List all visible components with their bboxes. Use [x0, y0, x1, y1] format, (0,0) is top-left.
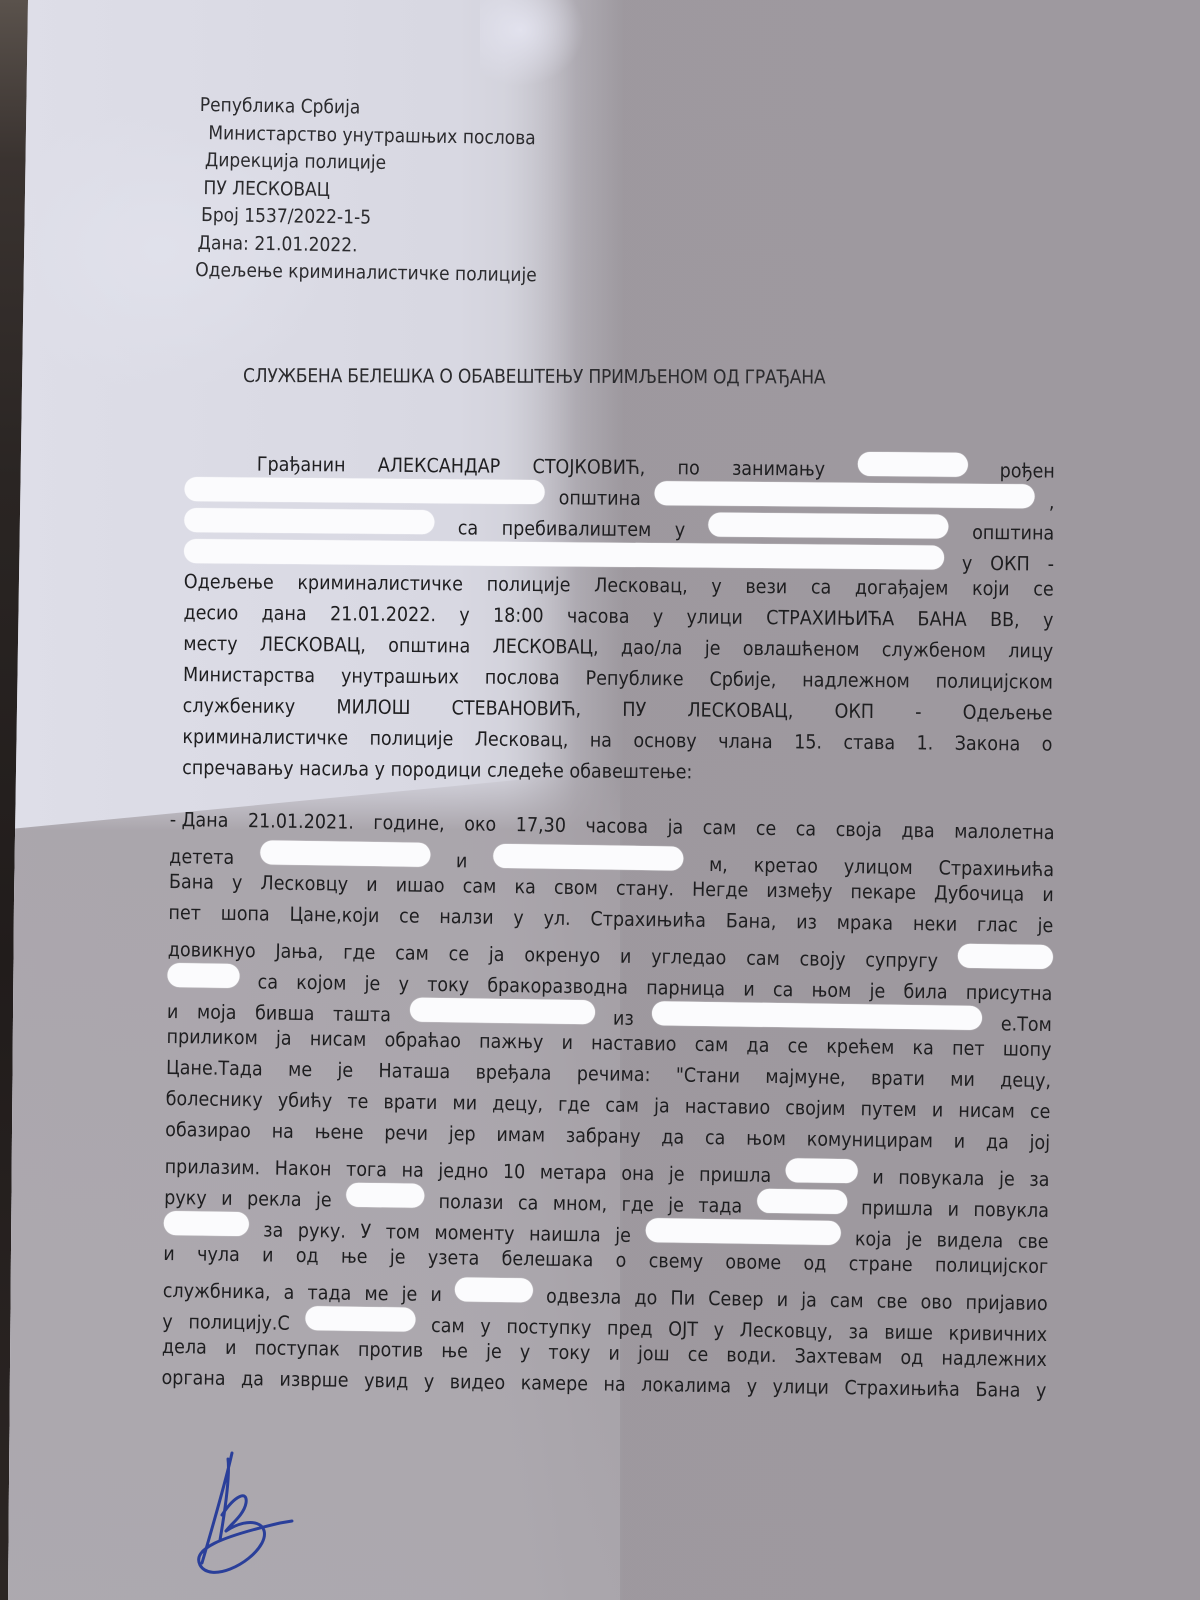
word: у	[398, 972, 409, 995]
word: локалима	[641, 1373, 731, 1397]
word: је	[337, 1059, 353, 1082]
word: да	[746, 1034, 769, 1057]
word: ово	[920, 1290, 952, 1313]
redaction-mark	[409, 998, 594, 1025]
word: децу,	[492, 1092, 543, 1116]
word: ја	[276, 1027, 292, 1050]
word: угледао	[651, 945, 727, 969]
word: надлежном	[802, 668, 910, 692]
word: Одељење	[963, 701, 1053, 725]
word: у	[675, 518, 686, 541]
word: на	[401, 1158, 424, 1181]
word: на	[272, 1120, 295, 1143]
word: Наташа	[378, 1059, 450, 1083]
word: је	[401, 1282, 417, 1305]
word: за	[263, 1218, 283, 1241]
word: -	[915, 700, 922, 723]
redaction-mark	[652, 1001, 982, 1030]
word: овоме	[725, 1250, 781, 1274]
word: у	[1036, 1379, 1047, 1402]
redaction-mark	[493, 844, 683, 871]
word: у	[1043, 608, 1054, 631]
word: Лесковцу	[260, 871, 348, 895]
word: Грађанин	[257, 453, 346, 477]
word: је	[869, 979, 885, 1002]
word: чула	[197, 1242, 240, 1266]
word: У	[360, 1220, 371, 1243]
word: је	[906, 1228, 922, 1251]
word: којом	[296, 971, 347, 995]
word: у	[746, 1375, 757, 1398]
word: да	[661, 1125, 684, 1148]
word: полицијском	[936, 670, 1053, 694]
word: тада	[307, 1281, 351, 1305]
redaction-mark	[757, 1189, 847, 1214]
word: ми	[452, 1091, 477, 1114]
paragraph-statement-intro: ГрађанинАЛЕКСАНДАРСТОЈКОВИЋ,позанимањуро…	[182, 446, 1055, 795]
word: против	[358, 1338, 424, 1362]
word: месту	[183, 632, 237, 655]
redaction-mark	[185, 477, 545, 504]
word: води.	[726, 1343, 777, 1367]
word: са	[773, 978, 794, 1001]
word: "Стани	[676, 1064, 740, 1088]
word: све	[877, 1290, 908, 1313]
redaction-mark	[709, 513, 949, 539]
word: вређала	[475, 1061, 551, 1085]
word: Бана	[169, 870, 214, 894]
word: од	[803, 1251, 826, 1274]
word: која	[855, 1227, 892, 1251]
redaction-mark	[167, 963, 239, 988]
word: бивша	[255, 1001, 315, 1025]
word: криминалистичке	[182, 725, 348, 749]
word: парница	[646, 976, 725, 1000]
word: Дубочица	[934, 881, 1024, 905]
word: два	[901, 819, 935, 842]
word: шопа	[221, 902, 270, 926]
word: органа	[161, 1366, 225, 1390]
word: БАНА	[917, 607, 966, 630]
word: полицијског	[935, 1253, 1049, 1278]
word: пажњу	[479, 1030, 544, 1054]
word: и	[561, 1031, 573, 1054]
word: својим	[785, 1096, 846, 1120]
word: у	[162, 1310, 173, 1333]
word: болеснику	[166, 1087, 263, 1111]
word: њом	[746, 1127, 786, 1151]
document-title: СЛУЖБЕНА БЕЛЕШКА О ОБАВЕШТЕЊУ ПРИМЉЕНОМ …	[243, 365, 825, 389]
word: поступак	[254, 1336, 340, 1360]
word: из	[796, 910, 817, 933]
word: врати	[871, 1066, 925, 1090]
word: своја	[835, 818, 882, 842]
word: Јања,	[275, 940, 323, 964]
word: у	[653, 605, 664, 628]
word: 21.01.2021.	[248, 809, 354, 834]
word: службника,	[163, 1279, 271, 1304]
word: те	[347, 1090, 368, 1113]
word: наставио	[591, 1031, 677, 1055]
word: супругу	[865, 948, 938, 972]
word: повукала	[898, 1166, 985, 1190]
word: кретао	[754, 854, 819, 878]
word: лицу	[1008, 639, 1053, 662]
word: пријавио	[965, 1291, 1047, 1315]
word: полицију.С	[188, 1310, 290, 1334]
word: око	[464, 812, 496, 835]
letterhead-department: Одељење криминалистичке полиције	[195, 257, 537, 290]
word: шопу	[1003, 1037, 1052, 1061]
word: ЛЕСКОВАЦ,	[260, 633, 366, 657]
word: 1.	[916, 731, 933, 754]
word: и	[430, 1283, 442, 1306]
word: ташта	[333, 1002, 391, 1026]
word: руку.	[298, 1219, 346, 1243]
word: послова	[485, 666, 560, 690]
word: ја	[667, 815, 683, 838]
word: свом	[554, 876, 598, 900]
word: вези	[745, 575, 787, 598]
word: је	[668, 1193, 684, 1216]
word: основу	[633, 729, 697, 753]
word: мном,	[553, 1192, 608, 1216]
word: њом	[811, 979, 851, 1003]
word: забрану	[566, 1124, 641, 1148]
word: полиције	[487, 573, 571, 597]
word: пришла	[699, 1163, 771, 1187]
word: убићу	[278, 1089, 333, 1113]
word: пекаре	[850, 880, 916, 904]
word: сам	[703, 816, 737, 839]
word: видео	[450, 1370, 506, 1394]
word: Републике	[585, 667, 683, 691]
word: свему	[649, 1249, 704, 1273]
word: ЛЕСКОВАЦ,	[687, 698, 793, 722]
word: сам	[746, 947, 780, 970]
word: СТОЈКОВИЋ,	[532, 455, 645, 479]
word: ја	[654, 1094, 670, 1117]
word: и	[743, 978, 755, 1001]
word: току	[548, 1341, 590, 1365]
word: ЛЕСКОВАЦ,	[493, 635, 599, 659]
word: крећем	[826, 1035, 894, 1059]
word: са	[705, 1126, 726, 1149]
word: метара	[540, 1161, 607, 1185]
word: и	[262, 1243, 274, 1266]
word: АЛЕКСАНДАР	[378, 454, 501, 478]
word: и	[947, 1198, 959, 1221]
word: - Дана	[170, 808, 229, 832]
word: Север	[708, 1287, 764, 1311]
word: детета	[169, 845, 234, 869]
letterhead: Република Србија Министарство унутрашњих…	[197, 92, 540, 290]
word: до	[634, 1286, 657, 1309]
word: речима:	[577, 1062, 651, 1086]
word: наишла	[529, 1222, 601, 1246]
word: Након	[275, 1157, 332, 1181]
word: са	[257, 970, 278, 993]
word: ми	[950, 1068, 975, 1091]
word: за	[848, 1320, 868, 1343]
word: и	[456, 849, 468, 872]
word: ,	[1049, 491, 1055, 514]
word: комуницирам	[807, 1127, 934, 1152]
word: више	[884, 1321, 933, 1345]
word: Одељење	[184, 570, 274, 594]
word: Негде	[692, 878, 748, 902]
word: увид	[364, 1369, 409, 1393]
word: 17,30	[516, 813, 567, 837]
word: повукла	[973, 1198, 1049, 1222]
word: часова	[567, 604, 630, 628]
word: полиције	[369, 727, 453, 751]
word: налзи	[439, 905, 494, 929]
word: ја	[801, 1288, 817, 1311]
word: неки	[913, 912, 958, 936]
word: мрака	[837, 911, 894, 935]
word: видела	[936, 1228, 1003, 1252]
word: у	[480, 1315, 491, 1338]
word: току	[427, 973, 469, 997]
word: приликом	[166, 1025, 258, 1049]
word: јој	[1029, 1131, 1050, 1154]
word: Пи	[670, 1286, 695, 1309]
word: и	[221, 1187, 233, 1210]
word: речи	[384, 1121, 428, 1145]
word: између	[766, 879, 832, 903]
word: општина	[972, 521, 1054, 545]
word: од	[900, 1346, 923, 1369]
word: узета	[428, 1246, 480, 1270]
word: за	[1029, 1168, 1049, 1191]
word: године,	[373, 811, 445, 835]
word: где	[343, 941, 375, 964]
word: по	[677, 456, 699, 479]
document-page: Република Србија Министарство унутрашњих…	[0, 0, 1200, 1600]
word: става	[843, 731, 895, 754]
word: и	[620, 945, 632, 968]
word: је	[316, 1188, 332, 1211]
word: са	[811, 575, 832, 598]
word: МИЛОШ	[336, 695, 410, 719]
word: 10	[503, 1160, 526, 1183]
word: бракоразводна	[487, 974, 628, 999]
word: члана	[718, 730, 773, 753]
word: поступку	[506, 1315, 591, 1339]
word: је	[669, 1162, 685, 1185]
word: пет	[168, 901, 201, 924]
word: том	[386, 1220, 421, 1244]
word: сам	[463, 874, 497, 897]
word: путем	[860, 1097, 916, 1121]
redaction-mark	[958, 944, 1053, 969]
word: унутрашњих	[341, 664, 459, 688]
word: стану.	[616, 877, 674, 901]
word: обраћао	[384, 1028, 461, 1052]
word: -	[1048, 553, 1055, 576]
word: Цане.Тада	[166, 1056, 263, 1080]
word: у	[962, 552, 973, 575]
word: њене	[315, 1120, 364, 1144]
word: моменту	[434, 1221, 514, 1245]
word: пет	[952, 1037, 985, 1060]
redaction-mark	[655, 481, 1035, 508]
word: Лесковцу,	[740, 1319, 834, 1343]
word: врати	[383, 1090, 437, 1114]
word: и	[225, 1336, 237, 1359]
word: нисам	[310, 1027, 367, 1051]
word: изврше	[279, 1368, 348, 1392]
word: још	[638, 1342, 670, 1365]
word: Лесковац,	[594, 574, 688, 598]
word: а	[283, 1281, 294, 1304]
word: у	[513, 906, 524, 929]
word: сам	[395, 941, 429, 964]
word: надлежних	[941, 1347, 1047, 1372]
word: 21.01.2022.	[330, 602, 436, 626]
word: од	[296, 1244, 319, 1267]
word: улици	[686, 605, 743, 628]
word: м,	[709, 853, 728, 876]
word: ВВ,	[990, 608, 1020, 631]
word: у	[424, 1370, 435, 1393]
word: са	[458, 516, 479, 539]
word: да	[241, 1367, 264, 1390]
word: и	[1042, 883, 1054, 906]
word: десио	[183, 601, 238, 624]
word: ка	[912, 1036, 934, 1059]
word: СТЕВАНОВИЋ,	[451, 696, 581, 720]
word: пришла	[861, 1196, 933, 1220]
word: и	[954, 1130, 966, 1153]
word: се	[399, 904, 420, 927]
word: са	[796, 817, 817, 840]
word: ја	[489, 943, 505, 966]
word: Србије,	[709, 668, 776, 692]
word: ул.	[543, 907, 571, 930]
word: пребивалиштем	[502, 517, 652, 541]
word: ка	[514, 875, 536, 898]
word: прилазим.	[165, 1155, 261, 1179]
text-line: спречавању насиља у породици следеће оба…	[182, 756, 1052, 795]
word: који	[972, 577, 1010, 600]
redaction-mark	[786, 1158, 858, 1183]
word: кривичних	[948, 1322, 1047, 1346]
word: и	[366, 873, 378, 896]
word: присутна	[966, 981, 1053, 1005]
word: из	[613, 1007, 634, 1030]
word: ОЈТ	[668, 1317, 698, 1340]
word: је	[615, 1224, 631, 1247]
word: о	[615, 1249, 626, 1272]
word: моја	[197, 1000, 237, 1024]
word: где	[621, 1193, 653, 1216]
word: децу,	[1000, 1068, 1051, 1092]
word: улицом	[844, 855, 913, 879]
word: и	[608, 1342, 620, 1365]
word: мајмуне,	[765, 1065, 846, 1089]
word: дана	[261, 602, 306, 625]
word: спречавању насиља у породици следеће оба…	[182, 756, 692, 783]
word: у	[232, 871, 243, 894]
word: и	[932, 1098, 944, 1121]
word: Бана	[975, 1378, 1020, 1402]
word: и	[167, 1000, 179, 1023]
word: ишао	[396, 873, 445, 897]
word: се	[1033, 577, 1054, 600]
word: рођен	[1000, 459, 1055, 482]
word: окренуо	[524, 943, 600, 967]
word: у	[459, 603, 470, 626]
word: полази	[438, 1190, 503, 1214]
word: догађајем	[855, 576, 949, 600]
word: се	[756, 817, 777, 840]
redaction-mark	[645, 1218, 840, 1245]
word: на	[603, 1372, 626, 1395]
word: ПУ	[622, 698, 646, 721]
word: криминалистичке	[297, 571, 463, 595]
word: о	[1042, 732, 1053, 755]
word: Лесковац,	[475, 728, 569, 752]
word: Страхињића	[844, 1376, 960, 1401]
word: се	[787, 1034, 808, 1057]
word: јер	[449, 1122, 476, 1145]
word: са	[518, 1191, 539, 1214]
word: Закона	[955, 732, 1021, 756]
redaction-mark	[455, 1277, 533, 1302]
word: тога	[346, 1158, 387, 1182]
word: се	[1030, 1100, 1051, 1123]
word: на	[590, 729, 612, 752]
word: довикнуо	[168, 938, 256, 962]
word: стране	[849, 1252, 913, 1276]
word: обазирао	[165, 1118, 251, 1142]
word: једно	[438, 1159, 488, 1183]
word: дела	[162, 1335, 207, 1359]
word: дао/ла	[621, 636, 683, 660]
word: камере	[520, 1371, 588, 1395]
word: белешака	[501, 1247, 593, 1271]
word: и	[163, 1242, 175, 1265]
redaction-mark	[305, 1306, 415, 1332]
word: ОКП	[990, 552, 1030, 575]
word: се	[448, 942, 469, 965]
word: овлашћеном	[743, 637, 860, 661]
word: све	[1018, 1230, 1049, 1253]
word: Страхињића	[938, 856, 1054, 881]
word: и	[872, 1165, 884, 1188]
word: службенику	[183, 694, 296, 718]
word: је	[364, 972, 380, 995]
word: Страхињића	[590, 907, 706, 932]
word: Захтевам	[794, 1344, 882, 1368]
word: је	[999, 1167, 1015, 1190]
word: одвезла	[546, 1285, 622, 1309]
word: да	[986, 1130, 1009, 1153]
word: ОКП	[834, 700, 874, 723]
word: рекла	[247, 1187, 302, 1211]
word: своју	[799, 947, 845, 971]
redaction-mark	[260, 840, 430, 867]
word: сам	[431, 1314, 465, 1337]
word: општина	[388, 634, 470, 658]
redaction-mark	[857, 452, 967, 477]
word: је	[705, 637, 721, 660]
word: у	[713, 1318, 724, 1341]
word: ме	[288, 1058, 312, 1081]
word: СТРАХИЊИЋА	[766, 606, 894, 630]
